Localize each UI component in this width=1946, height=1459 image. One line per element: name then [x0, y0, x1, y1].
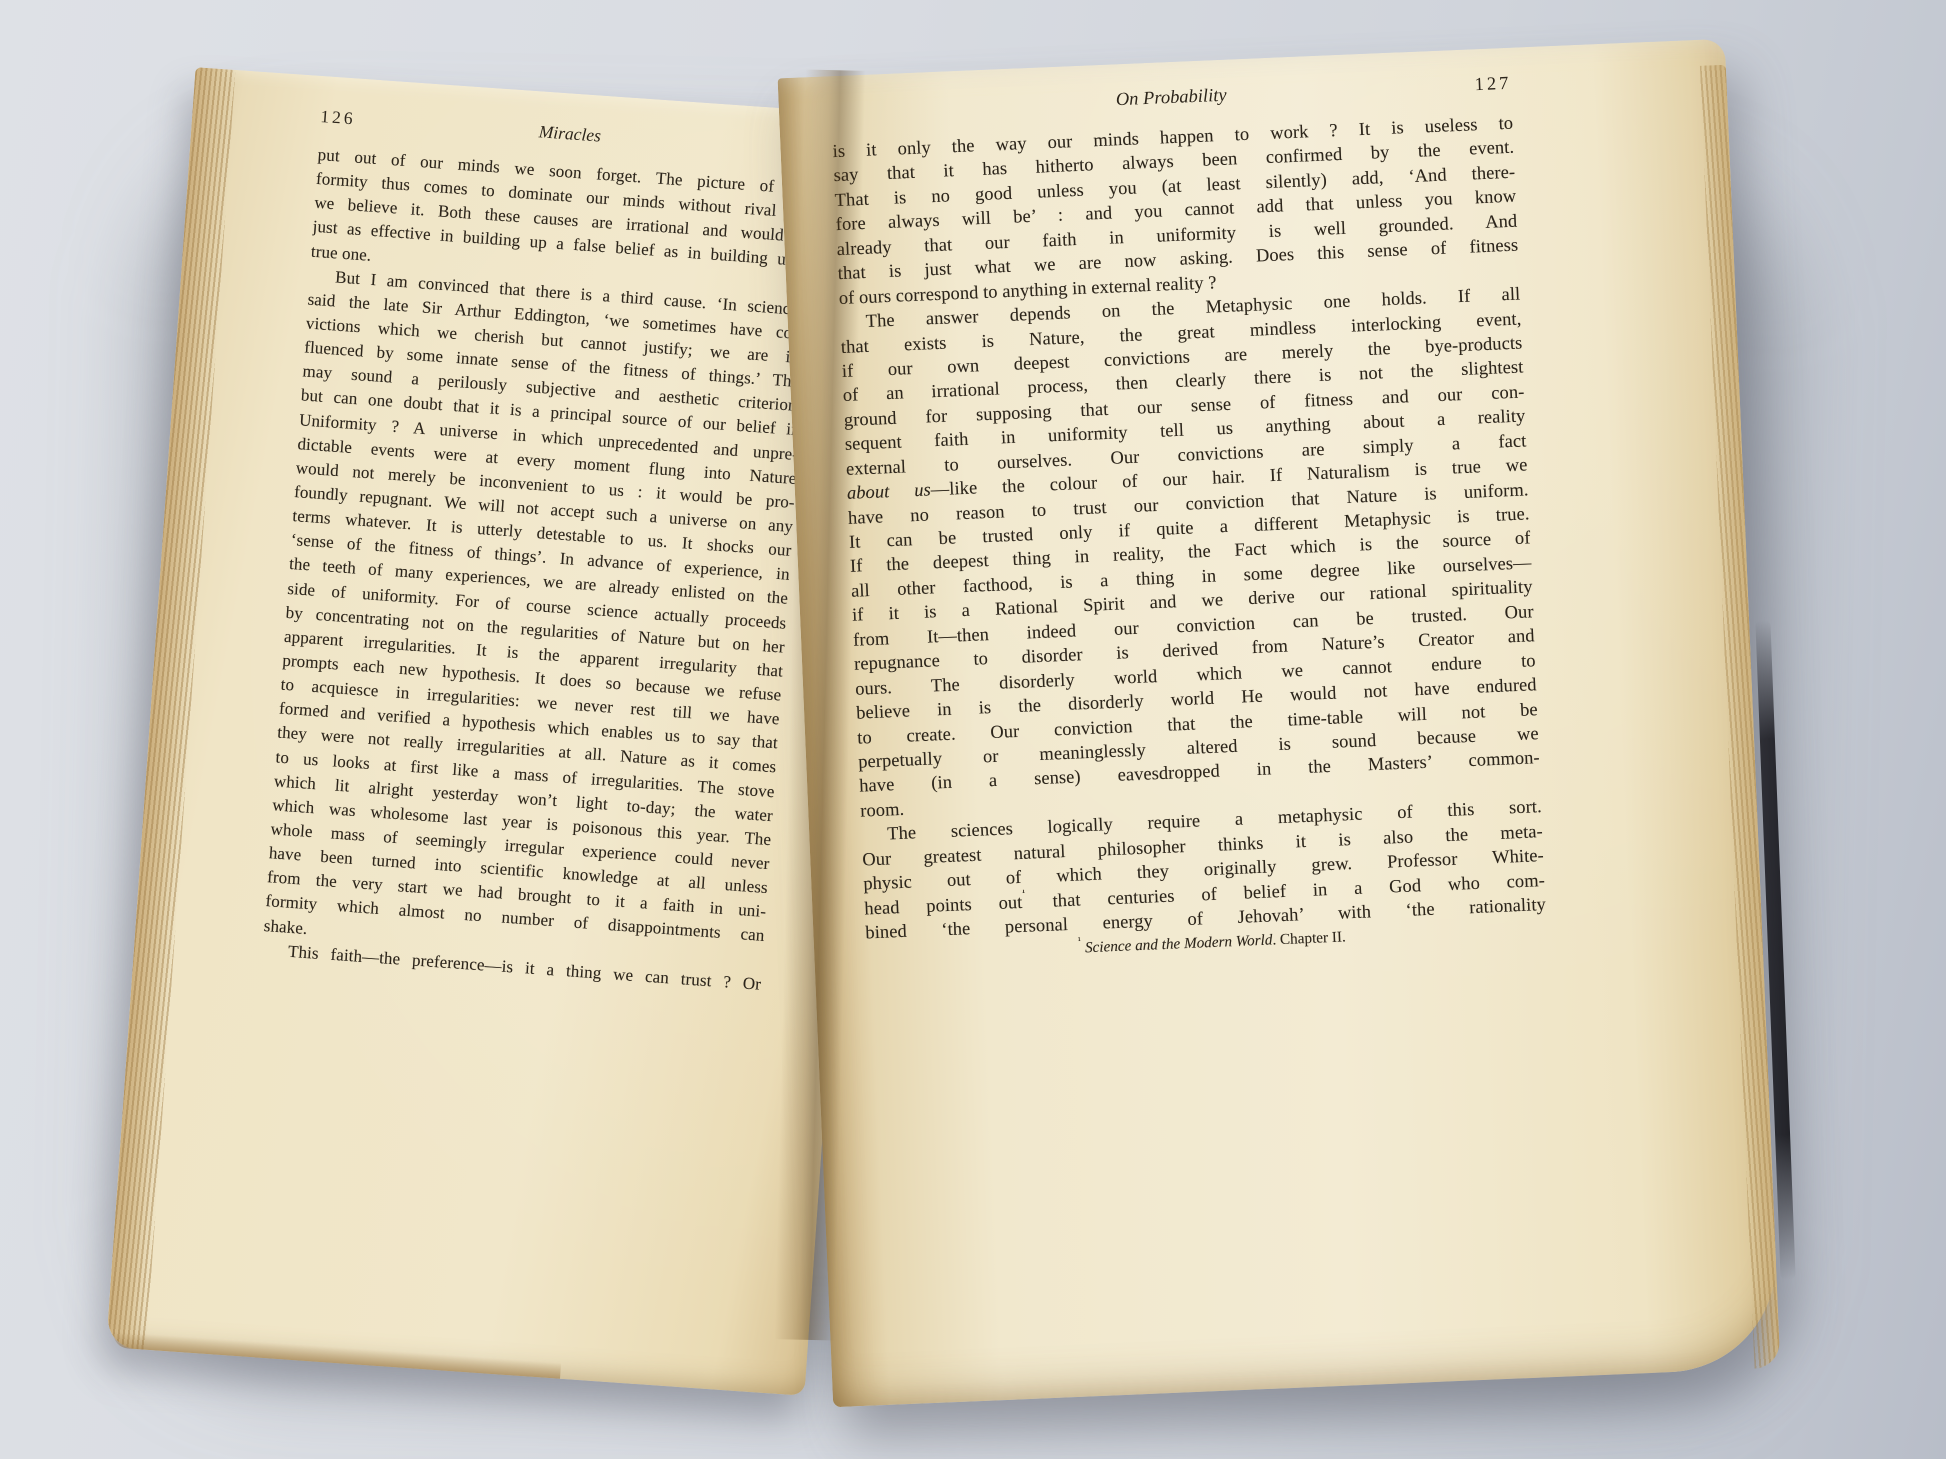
- page-number-right: 127: [1474, 74, 1512, 97]
- page-number-left: 126: [320, 106, 357, 129]
- running-header-right: On Probability: [1115, 86, 1227, 112]
- right-page-content: On Probability 127 is it only the way ou…: [778, 39, 1781, 1408]
- left-page: 126 Miracles put out of our minds we soo…: [106, 67, 894, 1396]
- photo-background: 126 Miracles put out of our minds we soo…: [0, 0, 1946, 1459]
- left-page-text: put out of our minds we soon forget. The…: [261, 143, 817, 997]
- right-page: On Probability 127 is it only the way ou…: [778, 39, 1781, 1408]
- left-page-content: 126 Miracles put out of our minds we soo…: [106, 67, 894, 1396]
- running-header-left: Miracles: [538, 121, 602, 146]
- right-page-text: is it only the way our minds happen to w…: [832, 111, 1546, 945]
